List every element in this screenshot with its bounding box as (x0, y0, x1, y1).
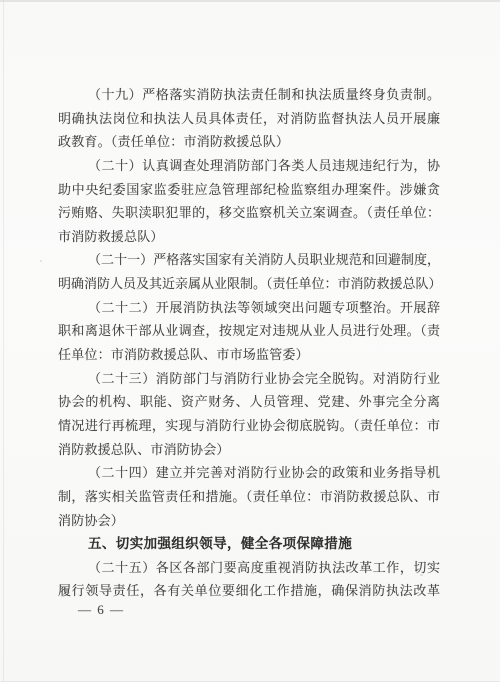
text-line: （二十）认真调查处理消防部门各类人员违规违纪行为，协 (58, 154, 440, 178)
text-line: 助中央纪委国家监委驻应急管理部纪检监察组办理案件。涉嫌贪 (58, 178, 440, 202)
text-line: （十九）严格落实消防执法责任制和执法质量终身负责制。 (58, 83, 440, 107)
scan-speck (40, 260, 42, 262)
text-line: 市消防救援总队） (58, 225, 440, 249)
document-body: （十九）严格落实消防执法责任制和执法质量终身负责制。明确执法岗位和执法人员具体责… (58, 83, 440, 603)
text-line: 政教育。（责任单位：市消防救援总队） (58, 130, 440, 154)
text-line: （二十二）开展消防执法等领域突出问题专项整治。开展辞 (58, 296, 440, 320)
text-line: 消防协会） (58, 509, 440, 533)
text-line: （二十一）严格落实国家有关消防人员职业规范和回避制度， (58, 248, 440, 272)
text-line: 任单位：市消防救援总队、市市场监管委） (58, 343, 440, 367)
text-line: 协会的机构、职能、资产财务、人员管理、党建、外事完全分离 (58, 390, 440, 414)
text-line: 情况进行再梳理，实现与消防行业协会彻底脱钩。（责任单位：市 (58, 414, 440, 438)
document-page: （十九）严格落实消防执法责任制和执法质量终身负责制。明确执法岗位和执法人员具体责… (0, 0, 500, 682)
text-line: 消防救援总队、市消防协会） (58, 438, 440, 462)
text-line: 污贿赂、失职渎职犯罪的，移交监察机关立案调查。（责任单位： (58, 201, 440, 225)
text-line: （二十五）各区各部门要高度重视消防执法改革工作，切实 (58, 556, 440, 580)
text-line: 明确执法岗位和执法人员具体责任，对消防监督执法人员开展廉 (58, 107, 440, 131)
text-line: 履行领导责任，各有关单位要细化工作措施，确保消防执法改革 (58, 579, 440, 603)
text-line: 五、切实加强组织领导，健全各项保障措施 (58, 532, 440, 556)
scan-edge-left (3, 0, 4, 682)
scan-edge-top (0, 0, 500, 2)
page-number: — 6 — (78, 601, 125, 619)
text-line: 制，落实相关监管责任和措施。（责任单位：市消防救援总队、市 (58, 485, 440, 509)
text-line: 职和离退休干部从业调查，按规定对违规从业人员进行处理。（责 (58, 319, 440, 343)
text-line: （二十三）消防部门与消防行业协会完全脱钩。对消防行业 (58, 367, 440, 391)
text-line: 明确消防人员及其近亲属从业限制。（责任单位：市消防救援总队） (58, 272, 440, 296)
text-line: （二十四）建立并完善对消防行业协会的政策和业务指导机 (58, 461, 440, 485)
